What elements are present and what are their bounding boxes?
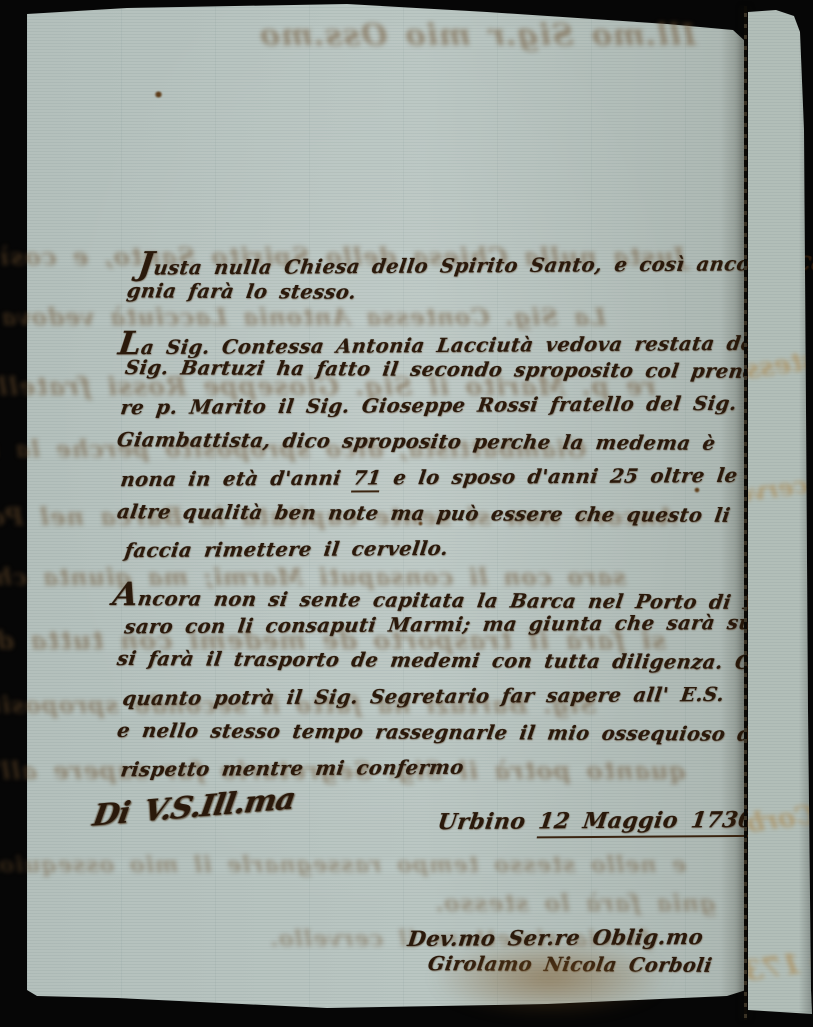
handwriting-line: faccia rimettere il cervello. [123,537,449,562]
handwriting-line: re p. Marito il Sig. Gioseppe Rossi frat… [119,392,738,419]
handwriting-line: Justa nulla Chiesa dello Spirito Santo, … [136,239,813,282]
facing-page-edge: gnia farà lo stesso. faccia rimettere il… [748,10,813,1018]
age-underlined: 71 [351,466,382,492]
handwriting-line: saro con li consaputi Marmi; ma giunta c… [123,611,799,639]
facing-page-showthrough: gnia farà lo stesso. [748,321,813,389]
book-gutter [744,6,747,1020]
dateline-date: 12 Maggio 1730 [536,807,755,839]
handwriting-line: si farà il trasporto de medemi con tutta… [116,647,781,674]
signature-name: Girolamo Nicola Corboli [426,952,713,977]
handwriting-line-age: nona in età d'anni 71 e lo sposo d'anni … [119,464,739,491]
facing-page-showthrough: faccia rimettere il cervello. [748,435,813,514]
handwriting-line: Giambattista, dico sproposito perche la … [116,428,718,455]
handwriting-line: e nello stesso tempo rassegnarle il mio … [116,719,809,746]
handwriting-line: gnia farà lo stesso. [125,279,358,303]
dateline: Urbino 12 Maggio 1730 [436,807,756,835]
manuscript-scan: Ill.mo Sig.r mio Oss.mo Justa nulla Chie… [0,0,813,1027]
age-line-post: e lo sposo d'anni 25 oltre le [380,464,739,489]
handwriting-line: altre qualità ben note ma può essere che… [116,500,732,527]
facing-page-showthrough: Girolamo Nicola Corboli [748,766,813,845]
handwriting-line: quanto potrà il Sig. Segretario far sape… [121,683,726,710]
handwriting-line: rispetto mentre mi confermo [119,756,465,781]
age-line-pre: nona in età d'anni [119,467,355,492]
dateline-place: Urbino [436,808,527,835]
facing-page-showthrough: 12 Maggio 1730 [748,922,813,990]
handwriting-line: Sig. Bartuzi ha fatto il secondo spropos… [124,356,780,383]
signature-title: Dev.mo Ser.re Oblig.mo [406,924,705,951]
